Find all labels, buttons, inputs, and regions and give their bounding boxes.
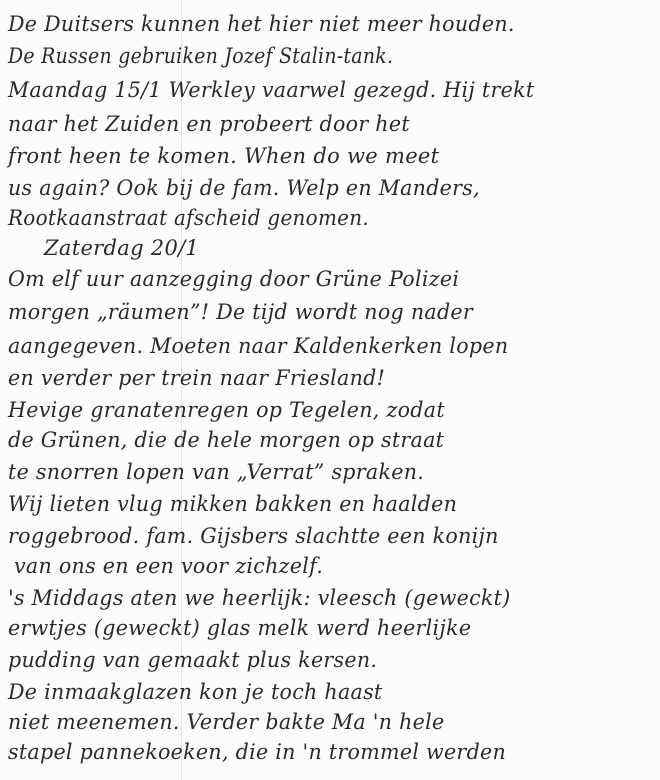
text-line: morgen „räumen”! De tijd wordt nog nader (8, 300, 473, 324)
text-line: 's Middags aten we heerlijk: vleesch (ge… (8, 586, 511, 610)
text-line: de Grünen, die de hele morgen op straat (8, 428, 444, 452)
text-line: roggebrood. fam. Gijsbers slachtte een k… (8, 524, 499, 548)
text-line: us again? Ook bij de fam. Welp en Mander… (8, 176, 480, 200)
text-line: niet meenemen. Verder bakte Ma 'n hele (8, 710, 445, 734)
diary-page: De Duitsers kunnen het hier niet meer ho… (0, 0, 660, 780)
text-line: Maandag 15/1 Werkley vaarwel gezegd. Hij… (8, 78, 534, 102)
text-line: De Russen gebruiken Jozef Stalin-tank. (8, 44, 393, 68)
text-line: front heen te komen. When do we meet (8, 144, 439, 168)
text-line: De Duitsers kunnen het hier niet meer ho… (8, 12, 515, 36)
text-line: erwtjes (geweckt) glas melk werd heerlij… (8, 616, 471, 640)
text-line: naar het Zuiden en probeert door het (8, 112, 410, 136)
text-line: en verder per trein naar Friesland! (8, 366, 385, 390)
text-line: pudding van gemaakt plus kersen. (8, 648, 377, 672)
text-line: Rootkaanstraat afscheid genomen. (8, 206, 369, 230)
text-line: aangegeven. Moeten naar Kaldenkerken lop… (8, 334, 508, 358)
entry-date-heading: Zaterdag 20/1 (44, 236, 199, 260)
text-line: Om elf uur aanzegging door Grüne Polizei (8, 267, 459, 291)
text-line: van ons en een voor zichzelf. (14, 554, 323, 578)
text-line: te snorren lopen van „Verrat” spraken. (8, 460, 424, 484)
text-line: stapel pannekoeken, die in 'n trommel we… (8, 740, 506, 764)
text-line: De inmaakglazen kon je toch haast (8, 680, 382, 704)
text-line: Hevige granatenregen op Tegelen, zodat (8, 398, 445, 422)
text-line: Wij lieten vlug mikken bakken en haalden (8, 492, 457, 516)
